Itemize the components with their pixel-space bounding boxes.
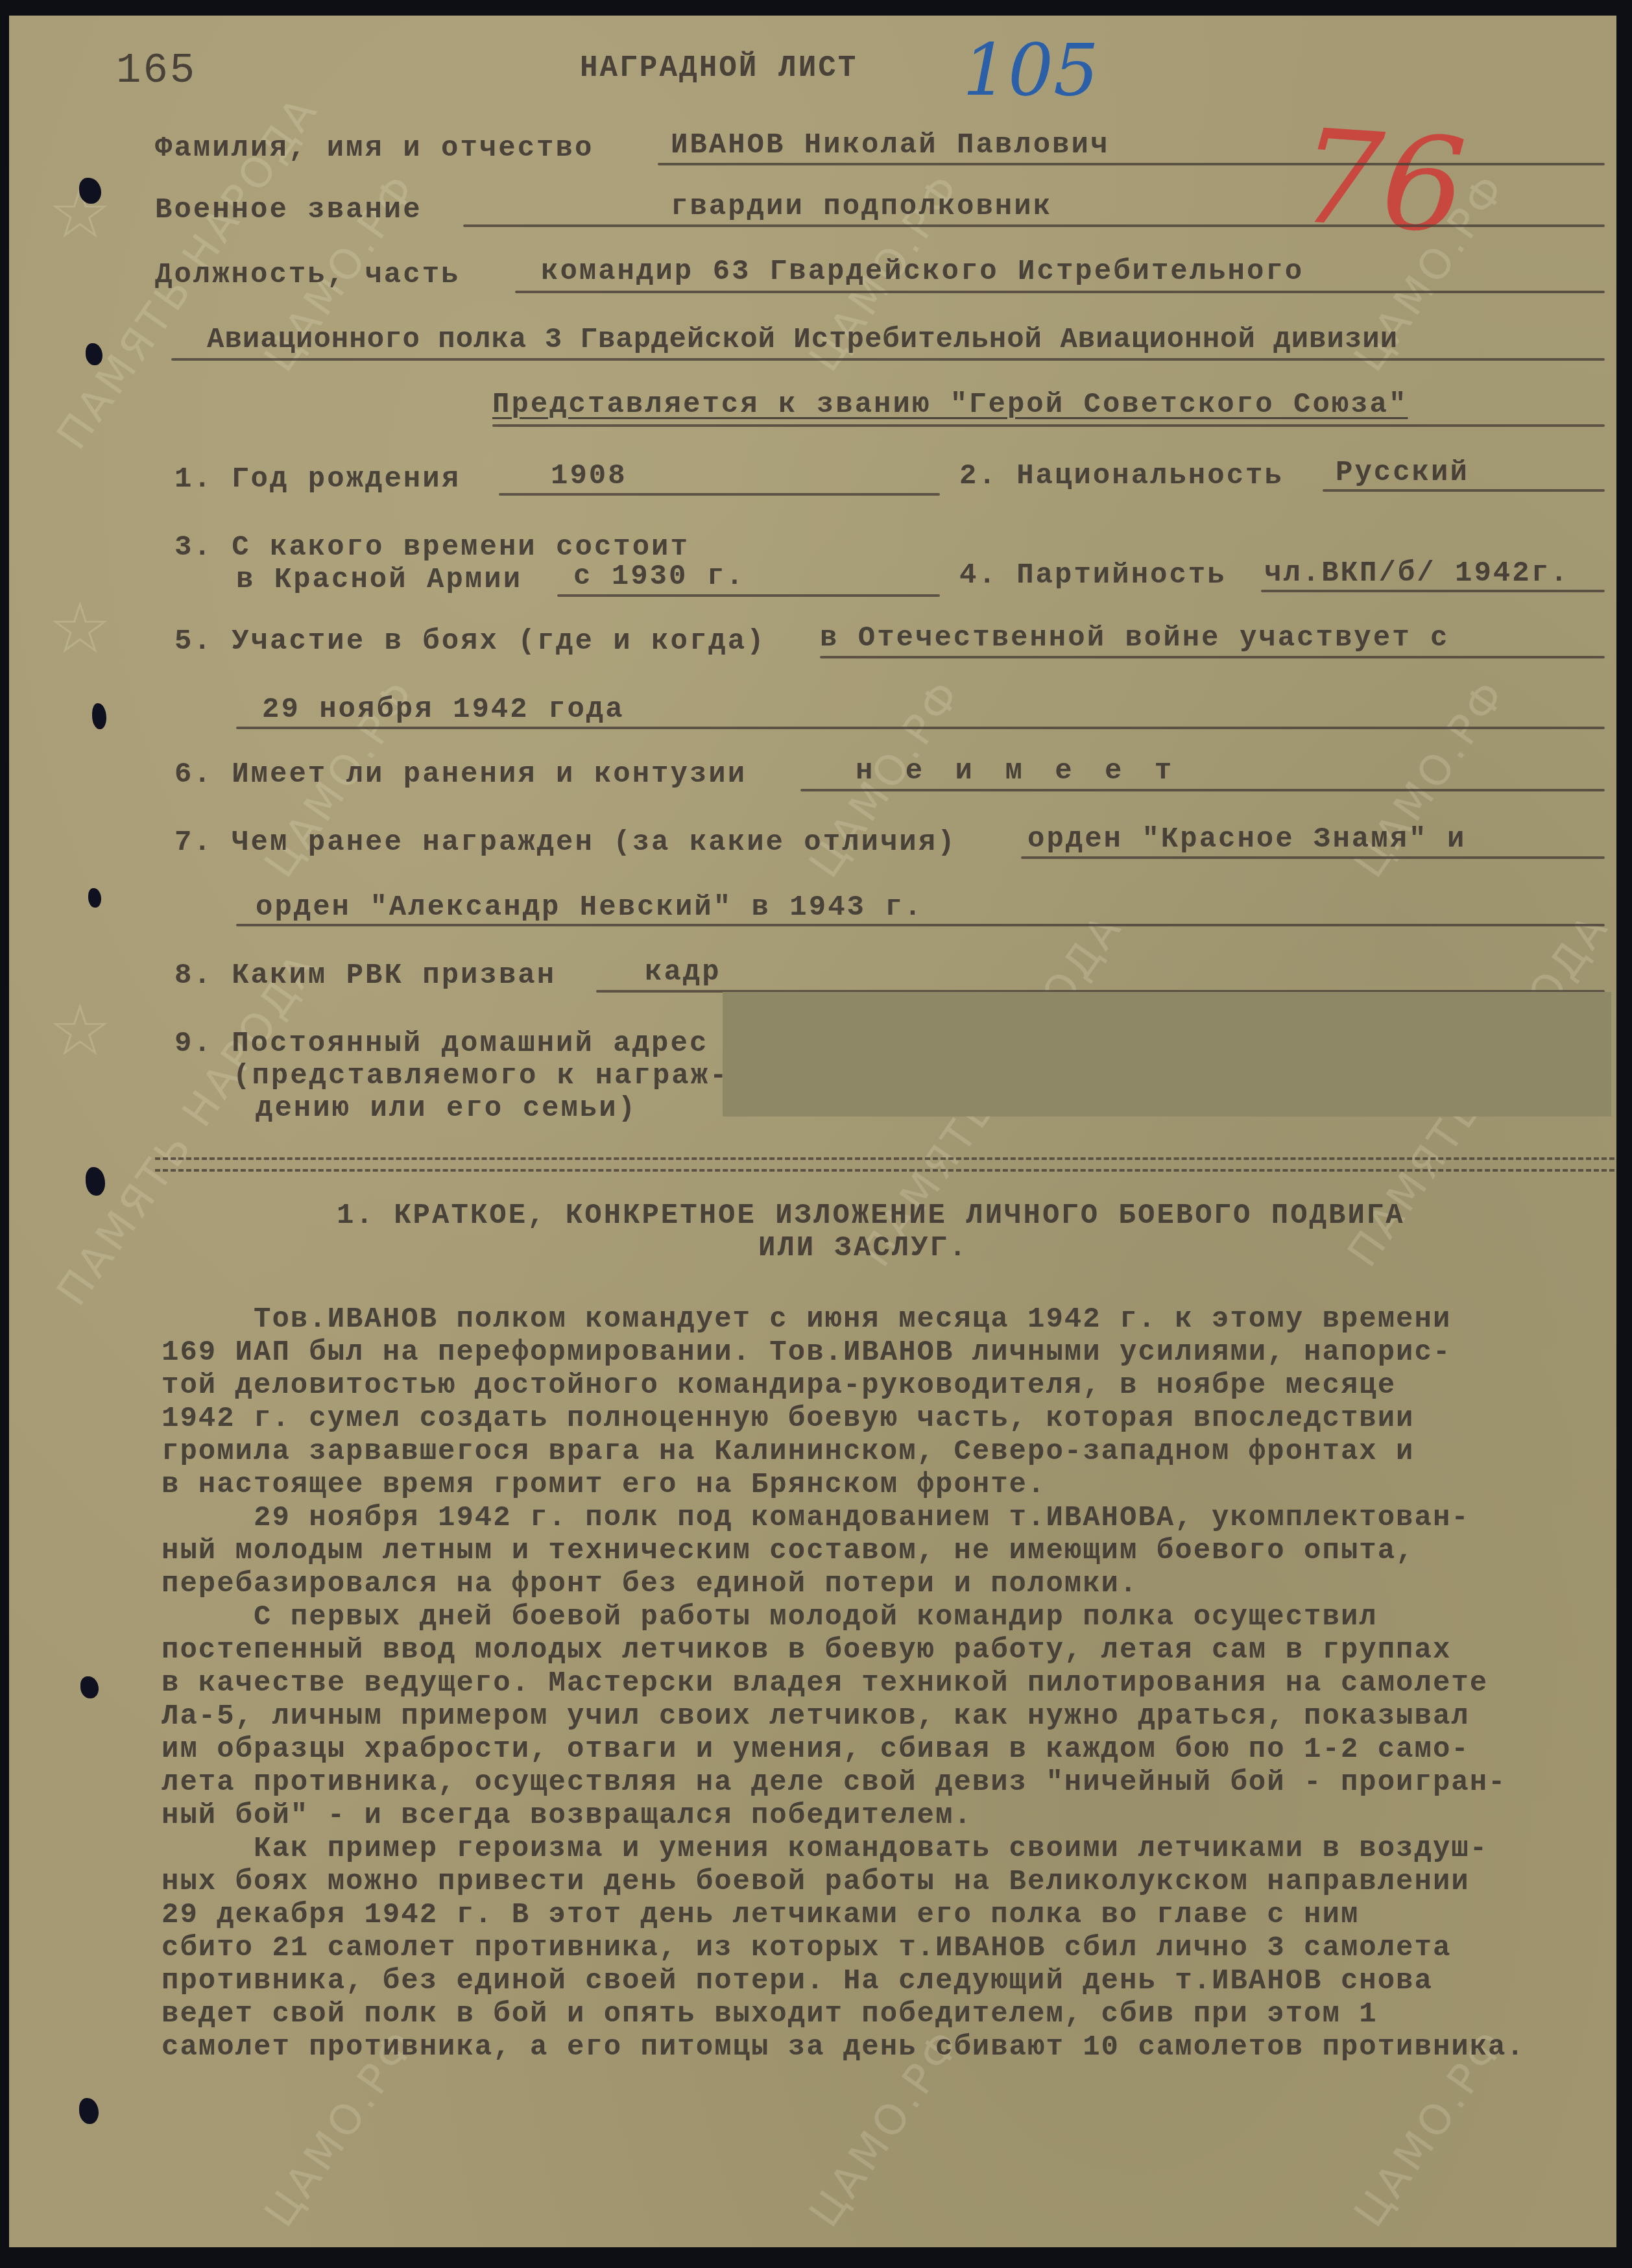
narrative-line: 29 ноября 1942 г. полк под командованием…: [162, 1502, 1621, 1535]
narrative-line: С первых дней боевой работы молодой кома…: [162, 1601, 1621, 1634]
rank-value: гвардии подполковник: [671, 191, 1052, 223]
party-value: чл.ВКП/б/ 1942г.: [1264, 557, 1569, 590]
punch-hole: [79, 2098, 99, 2124]
narrative-line: Ла-5, личным примером учил своих летчико…: [162, 1700, 1621, 1733]
narrative-line: ных боях можно привести день боевой рабо…: [162, 1866, 1621, 1899]
item-number: 6.: [174, 758, 213, 791]
item-number: 2.: [959, 460, 998, 492]
combat-value-line2: 29 ноября 1942 года: [262, 694, 625, 726]
name-value: ИВАНОВ Николай Павлович: [671, 129, 1109, 162]
position-value-line2: Авиационного полка 3 Гвардейской Истреби…: [207, 324, 1398, 356]
combat-label: Участие в боях (где и когда): [232, 625, 765, 658]
narrative-line: ведет свой полк в бой и опять выходит по…: [162, 1998, 1621, 2031]
item-number: 7.: [174, 826, 213, 859]
birth-year-value: 1908: [551, 460, 627, 492]
nationality-underline: [1323, 489, 1605, 492]
army-since-value: с 1930 г.: [573, 561, 745, 593]
narrative-line: противника, без единой своей потери. На …: [162, 1965, 1621, 1998]
wounds-underline: [800, 789, 1605, 791]
position-value-line1: командир 63 Гвардейского Истребительного: [541, 256, 1304, 288]
address-redaction-box: [723, 992, 1611, 1116]
rank-label: Военное звание: [155, 194, 422, 226]
army-since-underline: [557, 594, 940, 597]
awards-value-line1: орден "Красное Знамя" и: [1027, 823, 1466, 856]
combat-underline: [820, 656, 1605, 658]
army-since-label-2: в Красной Армии: [236, 564, 522, 596]
army-since-label: С какого времени состоит: [232, 531, 690, 564]
star-watermark-icon: ☆: [48, 989, 112, 1072]
document-title: НАГРАДНОЙ ЛИСТ: [580, 51, 858, 85]
address-label-3: дению или его семьи): [256, 1092, 637, 1125]
narrative-line: перебазировался на фронт без единой поте…: [162, 1568, 1621, 1601]
address-label: Постоянный домашний адрес: [232, 1028, 708, 1060]
narrative-line: 1942 г. сумел создать полноценную боевую…: [162, 1403, 1621, 1436]
punch-hole: [92, 703, 106, 729]
narrative-line: Как пример героизма и умения командовать…: [162, 1833, 1621, 1866]
narrative-line: ный молодым летным и техническим составо…: [162, 1535, 1621, 1568]
narrative-line: в качестве ведущего. Мастерски владея те…: [162, 1667, 1621, 1700]
item-number: 8.: [174, 959, 213, 992]
star-watermark-icon: ☆: [48, 586, 112, 670]
birth-year-label: Год рождения: [232, 463, 461, 496]
narrative-line: лета противника, осуществляя на деле сво…: [162, 1767, 1621, 1800]
award-sheet-page: ЦАМО.РФ ЦАМО.РФ ЦАМО.РФ ЦАМО.РФ ЦАМО.РФ …: [9, 16, 1616, 2247]
narrative-line: самолет противника, а его питомцы за ден…: [162, 2031, 1621, 2064]
name-underline: [658, 163, 1605, 165]
narrative-line: 169 ИАП был на переформировании. Тов.ИВА…: [162, 1336, 1621, 1369]
nationality-value: Русский: [1336, 457, 1469, 489]
position-underline-2: [171, 358, 1605, 361]
section-heading: 1. КРАТКОЕ, КОНКРЕТНОЕ ИЗЛОЖЕНИЕ ЛИЧНОГО…: [337, 1200, 1405, 1232]
combat-value-line1: в Отечественной войне участвует с: [820, 622, 1449, 655]
item-number: 1.: [174, 463, 213, 496]
page-number: 165: [116, 48, 197, 95]
nomination-underline: [492, 424, 1605, 427]
narrative-line: 29 декабря 1942 г. В этот день летчиками…: [162, 1899, 1621, 1932]
address-label-2: (представляемого к награж-: [233, 1060, 729, 1092]
nationality-label: Национальность: [1016, 460, 1284, 492]
combat-underline-2: [236, 727, 1605, 729]
narrative-line: Тов.ИВАНОВ полком командует с июня месяц…: [162, 1303, 1621, 1336]
party-underline: [1261, 590, 1605, 592]
awards-label: Чем ранее награжден (за какие отличия): [232, 826, 956, 859]
item-number: 9.: [174, 1028, 213, 1060]
party-label: Партийность: [1016, 559, 1226, 592]
narrative-line: постепенный ввод молодых летчиков в боев…: [162, 1634, 1621, 1667]
narrative-line: громила зарвавшегося врага на Калининско…: [162, 1436, 1621, 1469]
narrative-line: той деловитостью достойного командира-ру…: [162, 1369, 1621, 1403]
punch-hole: [86, 343, 102, 365]
narrative-line: сбито 21 самолет противника, из которых …: [162, 1932, 1621, 1965]
item-number: 5.: [174, 625, 213, 658]
wounds-label: Имеет ли ранения и контузии: [232, 758, 747, 791]
section-heading-2: ИЛИ ЗАСЛУГ.: [758, 1232, 968, 1264]
birth-year-underline: [499, 493, 940, 496]
handwritten-number-red: 76: [1295, 101, 1470, 263]
item-number: 3.: [174, 531, 213, 564]
awards-underline-2: [236, 924, 1605, 926]
awards-value-line2: орден "Александр Невский" в 1943 г.: [256, 891, 923, 924]
narrative-line: в настоящее время громит его на Брянском…: [162, 1469, 1621, 1502]
punch-hole: [80, 1676, 99, 1698]
name-label: Фамилия, имя и отчество: [155, 132, 594, 165]
rvk-label: Каким РВК призван: [232, 959, 556, 992]
punch-hole: [88, 888, 101, 908]
handwritten-number-blue: 105: [963, 29, 1099, 112]
nomination: Представляется к званию "Герой Советског…: [492, 389, 1408, 421]
narrative-line: им образцы храбрости, отваги и умения, с…: [162, 1733, 1621, 1767]
rvk-value: кадр: [645, 956, 721, 989]
position-label: Должность, часть: [155, 259, 460, 291]
rank-underline: [463, 224, 1605, 227]
punch-hole: [86, 1167, 105, 1196]
narrative-line: ный бой" - и всегда возвращался победите…: [162, 1800, 1621, 1833]
section-separator: [155, 1157, 1614, 1172]
awards-underline: [1021, 856, 1605, 859]
position-underline: [515, 291, 1605, 293]
item-number: 4.: [959, 559, 998, 592]
wounds-value: н е и м е е т: [856, 755, 1179, 788]
